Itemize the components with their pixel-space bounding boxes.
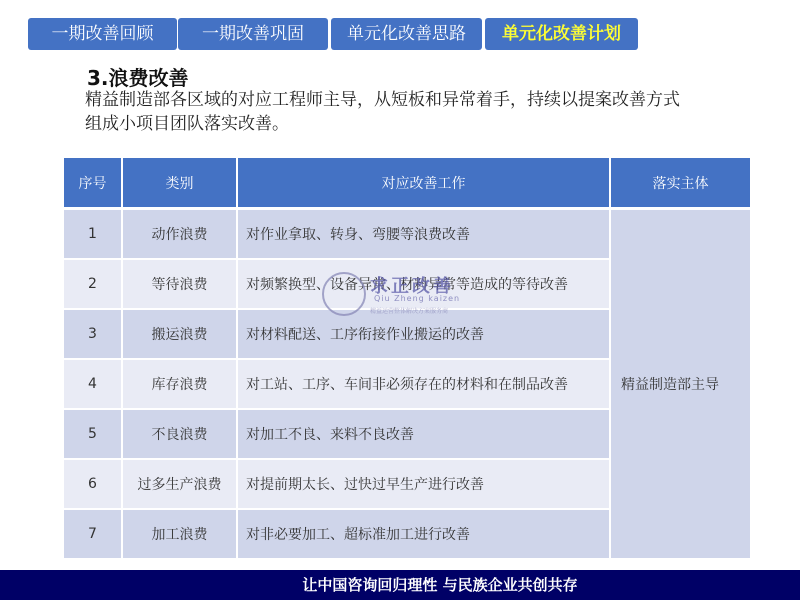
header-category: 类别 (122, 158, 237, 209)
table-header-row: 序号 类别 对应改善工作 落实主体 (64, 158, 751, 209)
header-work: 对应改善工作 (237, 158, 610, 209)
waste-improvement-table: 序号 类别 对应改善工作 落实主体 1 动作浪费 对作业拿取、转身、弯腰等浪费改… (64, 158, 752, 560)
cell-category: 加工浪费 (122, 509, 237, 559)
cell-number: 6 (64, 459, 122, 509)
cell-category: 过多生产浪费 (122, 459, 237, 509)
section-description: 精益制造部各区域的对应工程师主导，从短板和异常着手，持续以提案改善方式组成小项目… (85, 88, 685, 136)
cell-category: 库存浪费 (122, 359, 237, 409)
cell-work: 对非必要加工、超标准加工进行改善 (237, 509, 610, 559)
cell-work: 对加工不良、来料不良改善 (237, 409, 610, 459)
tab-phase1-review[interactable]: 一期改善回顾 (28, 18, 177, 50)
cell-number: 7 (64, 509, 122, 559)
cell-number: 2 (64, 259, 122, 309)
cell-number: 1 (64, 209, 122, 260)
cell-category: 动作浪费 (122, 209, 237, 260)
logo-circle-icon (322, 272, 366, 316)
watermark-tagline: 精益运营整体解决方案服务商 (370, 306, 448, 315)
cell-work: 对提前期太长、过快过早生产进行改善 (237, 459, 610, 509)
table-row: 1 动作浪费 对作业拿取、转身、弯腰等浪费改善 精益制造部主导 (64, 209, 751, 260)
cell-work: 对作业拿取、转身、弯腰等浪费改善 (237, 209, 610, 260)
cell-category: 等待浪费 (122, 259, 237, 309)
cell-owner: 精益制造部主导 (610, 209, 751, 560)
cell-category: 搬运浪费 (122, 309, 237, 359)
cell-category: 不良浪费 (122, 409, 237, 459)
section-title: 3.浪费改善 (87, 62, 189, 91)
watermark-logo: 求正改善 Qiu Zheng kaizen 精益运营整体解决方案服务商 (322, 272, 492, 322)
tab-unit-improvement-approach[interactable]: 单元化改善思路 (331, 18, 482, 50)
cell-number: 5 (64, 409, 122, 459)
header-number: 序号 (64, 158, 122, 209)
watermark-subtitle: Qiu Zheng kaizen (374, 294, 460, 303)
cell-number: 4 (64, 359, 122, 409)
footer-slogan: 让中国咨询回归理性 与民族企业共创共存 (302, 576, 577, 594)
header-owner: 落实主体 (610, 158, 751, 209)
tab-phase1-consolidation[interactable]: 一期改善巩固 (178, 18, 328, 50)
cell-work: 对工站、工序、车间非必须存在的材料和在制品改善 (237, 359, 610, 409)
cell-number: 3 (64, 309, 122, 359)
tab-unit-improvement-plan[interactable]: 单元化改善计划 (485, 18, 638, 50)
footer-banner: 让中国咨询回归理性 与民族企业共创共存 (0, 570, 800, 600)
